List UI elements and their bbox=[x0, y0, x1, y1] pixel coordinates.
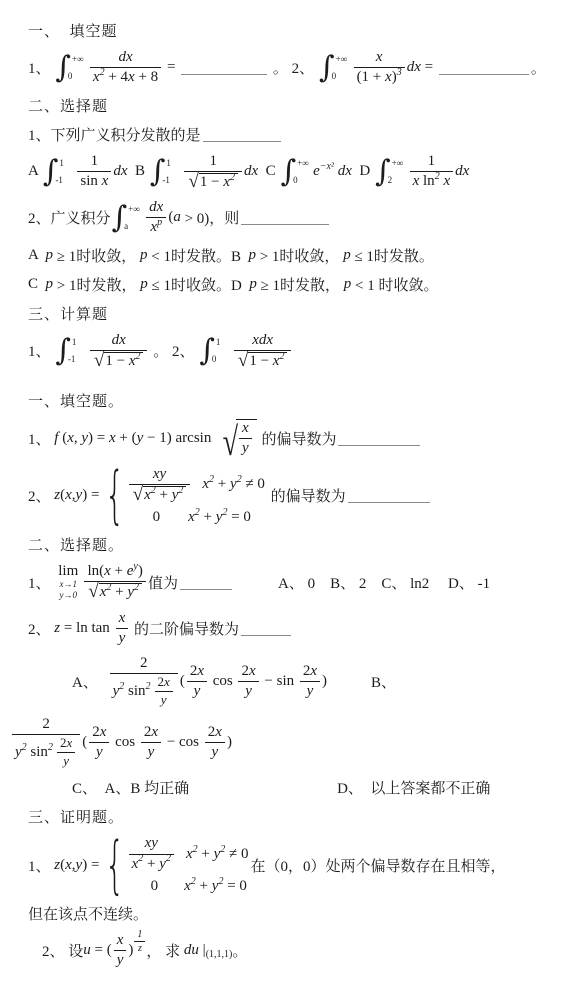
math-worksheet: 一、 填空题 1、 ∫+∞0dxx2 + 4x + 8 = 。 2、 ∫+∞0x… bbox=[0, 0, 574, 1000]
math-text: + bbox=[143, 856, 159, 873]
math-text: − 1) arcsin bbox=[143, 430, 215, 447]
radical-sign: √ bbox=[88, 583, 98, 601]
integral-lower-limit: 0 bbox=[293, 176, 312, 185]
integral-upper-limit: 1 bbox=[216, 338, 231, 347]
integral-limits: 1-1 bbox=[166, 157, 181, 187]
integral-upper-limit: 1 bbox=[166, 159, 181, 168]
math-text: < 1 时收敛。 bbox=[351, 274, 438, 295]
denominator: y bbox=[145, 744, 158, 761]
math-variable: xdx bbox=[252, 332, 273, 349]
p2-choice-q1: 1、 limx→1y→0ln(x + ey)√x2 + y2值为A、 0 B、 … bbox=[28, 563, 568, 602]
superscript: 2 bbox=[146, 681, 151, 693]
math-text: 1、下列广义积分发散的是 bbox=[28, 124, 201, 145]
math-variable: x bbox=[144, 487, 151, 504]
square-root: √1 − x2 bbox=[188, 173, 238, 191]
math-variable: y bbox=[161, 693, 167, 708]
p2-choice-q2-option-a: A、 2y2 sin22xy(2xy cos 2xy − sin 2xy)B、 bbox=[28, 655, 568, 708]
p2-proof-q2: 2、 设u = (xy)1z， 求 du |(1,1,1)。 bbox=[28, 932, 568, 970]
math-variable: x bbox=[376, 49, 383, 66]
fraction: 1z bbox=[134, 929, 145, 955]
superscript: 2 bbox=[100, 67, 105, 79]
math-text: 在（0，0）处两个偏导数存在且相等， bbox=[250, 855, 505, 876]
limit-subscript: x→1y→0 bbox=[60, 579, 78, 601]
superscript: −x² bbox=[320, 161, 334, 172]
fraction-bar bbox=[239, 438, 252, 439]
denominator: √1 − x2 bbox=[234, 352, 292, 370]
math-variable: x bbox=[100, 584, 107, 601]
math-variable: dx bbox=[244, 163, 258, 180]
radicand: x2 + y2 bbox=[99, 583, 142, 601]
math-text: + bbox=[196, 878, 212, 895]
fraction: 2y2 sin22xy bbox=[12, 716, 80, 769]
math-variable: y bbox=[230, 476, 237, 493]
math-variable: y bbox=[76, 857, 83, 874]
math-text: ln( bbox=[87, 563, 104, 580]
math-variable: du bbox=[184, 942, 199, 959]
math-variable: a bbox=[173, 209, 181, 226]
fraction: xy√x2 + y2 bbox=[129, 466, 191, 505]
math-variable: y bbox=[216, 509, 223, 526]
math-variable: x bbox=[67, 430, 74, 447]
spacer bbox=[158, 886, 184, 887]
superscript: 2 bbox=[178, 485, 183, 497]
spacer bbox=[176, 854, 186, 855]
math-text: + bbox=[111, 584, 127, 601]
math-text: C、 A、B 均正确 bbox=[72, 777, 189, 798]
math-variable: x bbox=[242, 420, 249, 437]
integral-limits: +∞0 bbox=[72, 53, 87, 83]
integral-limits: +∞0 bbox=[297, 157, 312, 187]
math-variable: y bbox=[119, 630, 126, 647]
fraction: 2xy bbox=[300, 663, 320, 701]
math-variable: p bbox=[140, 276, 148, 293]
superscript: 2 bbox=[195, 507, 200, 518]
math-variable: y bbox=[242, 440, 249, 457]
math-text: 1、 bbox=[28, 340, 54, 361]
radical-sign: √ bbox=[223, 426, 238, 458]
math-variable: p bbox=[140, 247, 148, 264]
fraction-bar bbox=[205, 742, 225, 743]
math-text: 1 − bbox=[105, 353, 128, 370]
fraction-bar bbox=[238, 681, 258, 682]
math-variable: xy bbox=[145, 835, 158, 852]
math-variable: u bbox=[83, 942, 91, 959]
denominator: y bbox=[158, 693, 170, 708]
math-variable: p bbox=[249, 276, 257, 293]
fraction-bar bbox=[134, 941, 145, 942]
answer-blank bbox=[241, 621, 291, 636]
math-variable: z bbox=[138, 943, 142, 955]
denominator: √x2 + y2 bbox=[84, 583, 146, 601]
math-variable: dx bbox=[113, 163, 127, 180]
math-text: 的偏导数为 bbox=[258, 428, 337, 449]
superscript: 2 bbox=[218, 876, 223, 887]
math-text: 2 bbox=[140, 655, 148, 672]
math-text: 1 − bbox=[249, 353, 272, 370]
math-text: ln bbox=[419, 173, 434, 190]
superscript: 1z bbox=[133, 929, 146, 955]
math-variable: y bbox=[96, 744, 103, 761]
fraction: 2xy bbox=[187, 663, 207, 701]
math-variable: dx bbox=[118, 49, 132, 66]
brace: { bbox=[105, 839, 125, 892]
denominator: y bbox=[209, 744, 222, 761]
integral: ∫+∞0 bbox=[319, 53, 351, 83]
integral-lower-limit: 0 bbox=[212, 355, 231, 364]
math-variable: x bbox=[93, 69, 100, 86]
p2-fill-blank-heading: 一、填空题。 bbox=[28, 390, 568, 411]
spacer bbox=[127, 886, 151, 887]
spacer bbox=[151, 691, 153, 692]
spacer bbox=[234, 582, 278, 583]
math-text: 但在该点不连续。 bbox=[28, 903, 148, 924]
integral-lower-limit: -1 bbox=[68, 355, 87, 364]
math-text: sin bbox=[124, 683, 145, 700]
math-variable: y bbox=[148, 744, 155, 761]
fraction-bar bbox=[141, 742, 161, 743]
math-variable: dx bbox=[455, 163, 469, 180]
math-variable: x bbox=[202, 476, 209, 493]
numerator: xdx bbox=[249, 332, 276, 349]
denominator: xp bbox=[147, 219, 165, 236]
math-text: 2、 bbox=[28, 618, 54, 639]
integral: ∫+∞2 bbox=[375, 157, 407, 187]
math-text: 1 bbox=[209, 153, 217, 170]
math-variable: x bbox=[249, 663, 256, 680]
fraction: 2xy bbox=[141, 724, 161, 762]
math-variable: x bbox=[102, 173, 109, 190]
math-text: D bbox=[352, 163, 374, 180]
integral-limits: +∞a bbox=[128, 203, 143, 233]
piecewise-row: 0x2 + y2 = 0 bbox=[127, 878, 247, 895]
p1-choice-q2-stem: 2、广义积分∫+∞adxxp(a > 0)，则 bbox=[28, 199, 568, 237]
math-variable: p bbox=[46, 276, 54, 293]
numerator: dx bbox=[115, 49, 135, 66]
superscript: 2 bbox=[166, 853, 171, 865]
fraction-bar bbox=[187, 681, 207, 682]
math-variable: x bbox=[65, 857, 72, 874]
fraction: xy bbox=[116, 610, 129, 648]
math-variable: y bbox=[245, 683, 252, 700]
numerator: 1 bbox=[88, 153, 102, 170]
numerator: 2x bbox=[205, 724, 225, 741]
math-variable: y bbox=[113, 683, 120, 700]
math-text: ) bbox=[227, 734, 232, 751]
math-text: = ln tan bbox=[60, 620, 113, 637]
radical-sign: √ bbox=[188, 173, 198, 191]
math-text: ( bbox=[180, 673, 185, 690]
p2-proof-q1: 1、 z(x,y) = {xyx2 + y2x2 + y2 ≠ 00x2 + y… bbox=[28, 835, 568, 895]
denominator: y bbox=[304, 683, 317, 700]
math-text: ) bbox=[138, 563, 143, 580]
denominator: (1 + x)3 bbox=[354, 69, 405, 86]
p1-choice-q1-options: A ∫1-11sin xdx B ∫1-11√1 − x2dx C ∫+∞0e−… bbox=[28, 153, 568, 192]
spacer bbox=[53, 752, 55, 753]
fraction: 2y2 sin22xy bbox=[110, 655, 178, 708]
integral: ∫10 bbox=[199, 336, 231, 366]
math-variable: p bbox=[344, 276, 352, 293]
math-variable: dx bbox=[334, 163, 352, 180]
numerator: x bbox=[239, 420, 252, 437]
superscript: y bbox=[133, 561, 137, 573]
denominator: x2 + y2 bbox=[129, 856, 174, 873]
math-text: 1 bbox=[91, 153, 99, 170]
denominator: √1 − x2 bbox=[90, 352, 148, 370]
integral-lower-limit: -1 bbox=[162, 176, 181, 185]
integral-lower-limit: 0 bbox=[332, 72, 351, 81]
math-variable: x bbox=[129, 353, 136, 370]
math-variable: x bbox=[65, 487, 72, 504]
piecewise-rows: xy√x2 + y2x2 + y2 ≠ 00x2 + y2 = 0 bbox=[127, 466, 265, 527]
integral-lower-limit: a bbox=[124, 222, 143, 231]
math-text: C bbox=[258, 163, 279, 180]
numerator: 2 bbox=[137, 655, 151, 672]
math-text: ≤ 1时发散。 bbox=[351, 245, 434, 266]
piecewise-function: {xy√x2 + y2x2 + y2 ≠ 00x2 + y2 = 0 bbox=[105, 466, 265, 527]
integral-lower-limit: 0 bbox=[68, 72, 87, 81]
math-variable: x bbox=[128, 69, 135, 86]
p1-fill-blank-q1: 1、 ∫+∞0dxx2 + 4x + 8 = 。 2、 ∫+∞0x(1 + x)… bbox=[28, 49, 568, 87]
integral-upper-limit: +∞ bbox=[336, 55, 351, 64]
numerator: 1 bbox=[134, 929, 145, 941]
math-text: 1 bbox=[428, 153, 436, 170]
numerator: 2x bbox=[238, 663, 258, 680]
fraction: 1x ln2 x bbox=[410, 153, 454, 191]
superscript: 2 bbox=[135, 351, 140, 363]
spacer bbox=[127, 517, 153, 518]
math-text: (1 + bbox=[357, 69, 385, 86]
p2-fill-blank-q2: 2、 z(x,y) = {xy√x2 + y2x2 + y2 ≠ 00x2 + … bbox=[28, 466, 568, 527]
math-variable: y bbox=[117, 952, 124, 969]
p2-choice-q2-option-b: 2y2 sin22xy(2xy cos 2xy − cos 2xy) bbox=[10, 716, 568, 769]
radicand: 1 − x2 bbox=[104, 352, 143, 370]
math-text: 2、 bbox=[28, 485, 54, 506]
integral: ∫+∞0 bbox=[55, 53, 87, 83]
math-text: − cos bbox=[163, 734, 203, 751]
superscript: 2 bbox=[209, 474, 214, 485]
superscript: 2 bbox=[220, 844, 225, 855]
math-text: B、 bbox=[371, 671, 396, 692]
p2-fill-blank-q1: 1、 f (x, y) = x + (y − 1) arcsin √xy 的偏导… bbox=[28, 419, 568, 458]
math-text: = 0 bbox=[223, 878, 246, 895]
math-text: 。 2、 bbox=[149, 340, 198, 361]
limit-condition: y→0 bbox=[60, 590, 78, 601]
math-text: B bbox=[128, 163, 149, 180]
math-text: = bbox=[163, 59, 179, 76]
denominator: x2 + 4x + 8 bbox=[90, 69, 161, 86]
radicand: xy bbox=[236, 419, 257, 458]
spacer bbox=[189, 787, 337, 788]
denominator: y bbox=[60, 754, 72, 769]
numerator: x bbox=[114, 932, 127, 949]
fraction: 2xy bbox=[155, 675, 173, 708]
math-variable: y bbox=[81, 430, 88, 447]
math-text: cos bbox=[209, 673, 237, 690]
radicand: 1 − x2 bbox=[248, 352, 287, 370]
math-text: 1、 bbox=[28, 428, 54, 449]
math-text: A bbox=[28, 247, 46, 264]
math-text: ≥ 1时发散， bbox=[257, 274, 344, 295]
numerator: 2x bbox=[89, 724, 109, 741]
superscript: 2 bbox=[237, 474, 242, 485]
spacer bbox=[160, 517, 188, 518]
spacer bbox=[327, 681, 371, 682]
fraction: ln(x + ey)√x2 + y2 bbox=[84, 563, 146, 602]
superscript: 2 bbox=[193, 844, 198, 855]
numerator: 2x bbox=[187, 663, 207, 680]
p1-choice-q1-stem: 1、下列广义积分发散的是 bbox=[28, 124, 568, 145]
numerator: 2 bbox=[39, 716, 53, 733]
denominator: y bbox=[116, 630, 129, 647]
math-variable: x bbox=[109, 430, 116, 447]
math-text: + 4 bbox=[105, 69, 128, 86]
math-text: = ( bbox=[91, 942, 112, 959]
piecewise-rows: xyx2 + y2x2 + y2 ≠ 00x2 + y2 = 0 bbox=[127, 835, 249, 895]
fraction-bar bbox=[114, 950, 127, 951]
math-variable: dx bbox=[112, 332, 126, 349]
numerator: 1 bbox=[206, 153, 220, 170]
denominator: z bbox=[135, 943, 145, 955]
p2-choice-q2-options-cd: C、 A、B 均正确D、 以上答案都不正确 bbox=[28, 777, 568, 798]
math-text: > 0)，则 bbox=[181, 207, 239, 228]
numerator: xy bbox=[150, 466, 169, 483]
math-text: ) = bbox=[88, 430, 109, 447]
answer-blank bbox=[348, 488, 430, 503]
math-text: 1、 bbox=[28, 57, 54, 78]
math-text: ) = bbox=[82, 857, 103, 874]
integral-upper-limit: 1 bbox=[72, 338, 87, 347]
square-root: √x2 + y2 bbox=[88, 583, 142, 601]
math-variable: x bbox=[117, 932, 124, 949]
p1-fill-blank-heading: 一、 填空题 bbox=[28, 20, 568, 41]
math-variable: y bbox=[212, 878, 219, 895]
math-text: + 8 bbox=[135, 69, 158, 86]
math-text: < 1时发散。B bbox=[148, 245, 249, 266]
piecewise-row: xy√x2 + y2x2 + y2 ≠ 0 bbox=[127, 466, 265, 505]
math-variable: xy bbox=[153, 466, 166, 483]
radicand: x2 + y2 bbox=[143, 486, 186, 504]
square-root: √1 − x2 bbox=[94, 352, 144, 370]
math-variable: x bbox=[132, 856, 139, 873]
math-text: + ( bbox=[116, 430, 137, 447]
denominator: √x2 + y2 bbox=[129, 486, 191, 504]
answer-blank bbox=[181, 60, 267, 75]
spacer bbox=[102, 681, 108, 682]
math-variable: x bbox=[223, 174, 230, 191]
numerator: xy bbox=[142, 835, 161, 852]
integral-upper-limit: +∞ bbox=[392, 159, 407, 168]
fraction: 1√1 − x2 bbox=[184, 153, 242, 192]
math-variable: x bbox=[197, 663, 204, 680]
math-variable: x bbox=[273, 353, 280, 370]
math-variable: dx bbox=[407, 59, 421, 76]
math-text: D、 以上答案都不正确 bbox=[337, 777, 490, 798]
math-text: + bbox=[200, 509, 216, 526]
math-variable: y bbox=[172, 487, 179, 504]
superscript: 2 bbox=[134, 582, 139, 594]
math-text: 2、广义积分 bbox=[28, 207, 111, 228]
numerator: dx bbox=[109, 332, 129, 349]
superscript: 2 bbox=[119, 681, 124, 693]
math-variable: y bbox=[127, 584, 134, 601]
fraction-bar bbox=[116, 628, 129, 629]
answer-blank bbox=[439, 60, 529, 75]
fraction: xy bbox=[239, 420, 252, 458]
math-text: ， 求 bbox=[146, 940, 184, 961]
math-text: 2 bbox=[92, 724, 100, 741]
numerator: x bbox=[116, 610, 129, 627]
subscript: (1,1,1) bbox=[206, 949, 233, 960]
fraction: xdx√1 − x2 bbox=[234, 332, 292, 371]
math-text: A、 0 B、 2 C、 ln2 D、 -1 bbox=[278, 572, 490, 593]
superscript: 2 bbox=[22, 742, 27, 754]
integral-limits: 1-1 bbox=[59, 157, 74, 187]
superscript: 2 bbox=[151, 485, 156, 497]
math-text: A、 bbox=[72, 671, 102, 692]
math-text: cos bbox=[111, 734, 139, 751]
radical-sign: √ bbox=[94, 352, 104, 370]
superscript: 2 bbox=[279, 351, 284, 363]
math-text: > 1时收敛， bbox=[256, 245, 343, 266]
radical-sign: √ bbox=[238, 352, 248, 370]
math-variable: p bbox=[343, 247, 351, 264]
integral-upper-limit: +∞ bbox=[72, 55, 87, 64]
integral-upper-limit: 1 bbox=[59, 159, 74, 168]
math-variable: x bbox=[413, 173, 420, 190]
integral-upper-limit: +∞ bbox=[128, 205, 143, 214]
math-variable: y bbox=[194, 683, 201, 700]
denominator: y bbox=[93, 744, 106, 761]
superscript: 2 bbox=[222, 507, 227, 518]
answer-blank bbox=[338, 431, 420, 446]
math-text: sin bbox=[27, 744, 48, 761]
numerator: 1 bbox=[425, 153, 439, 170]
math-text: 的二阶偏导数为 bbox=[130, 618, 239, 639]
math-variable: x bbox=[151, 724, 158, 741]
math-text: sin bbox=[80, 173, 101, 190]
math-text: ≥ 1时收敛， bbox=[53, 245, 140, 266]
math-text: = 0 bbox=[227, 509, 250, 526]
math-text: − sin bbox=[261, 673, 298, 690]
math-variable: x bbox=[188, 509, 195, 526]
numerator: 2x bbox=[155, 675, 173, 690]
superscript: 2 bbox=[138, 853, 143, 865]
math-text: | bbox=[199, 942, 206, 959]
answer-blank bbox=[203, 127, 281, 142]
fraction: dxx2 + 4x + 8 bbox=[90, 49, 161, 87]
math-variable: x bbox=[119, 610, 126, 627]
superscript: 3 bbox=[397, 67, 402, 79]
numerator: 2x bbox=[141, 724, 161, 741]
denominator: y bbox=[114, 952, 127, 969]
numerator: dx bbox=[146, 199, 166, 216]
math-text: + bbox=[214, 476, 230, 493]
integral-limits: +∞0 bbox=[336, 53, 351, 83]
math-variable: y bbox=[214, 846, 221, 863]
math-text: + bbox=[198, 846, 214, 863]
integral: ∫1-1 bbox=[150, 157, 182, 187]
math-variable: y bbox=[159, 856, 166, 873]
math-text: ≠ 0 bbox=[225, 846, 248, 863]
integral: ∫+∞0 bbox=[280, 157, 312, 187]
superscript: 2 bbox=[106, 582, 111, 594]
math-text: 2、 设 bbox=[42, 940, 83, 961]
math-variable: x bbox=[215, 724, 222, 741]
integral: ∫+∞a bbox=[112, 203, 144, 233]
denominator: y2 sin22xy bbox=[110, 675, 178, 708]
integral-lower-limit: -1 bbox=[55, 176, 74, 185]
math-text: ( bbox=[82, 734, 87, 751]
